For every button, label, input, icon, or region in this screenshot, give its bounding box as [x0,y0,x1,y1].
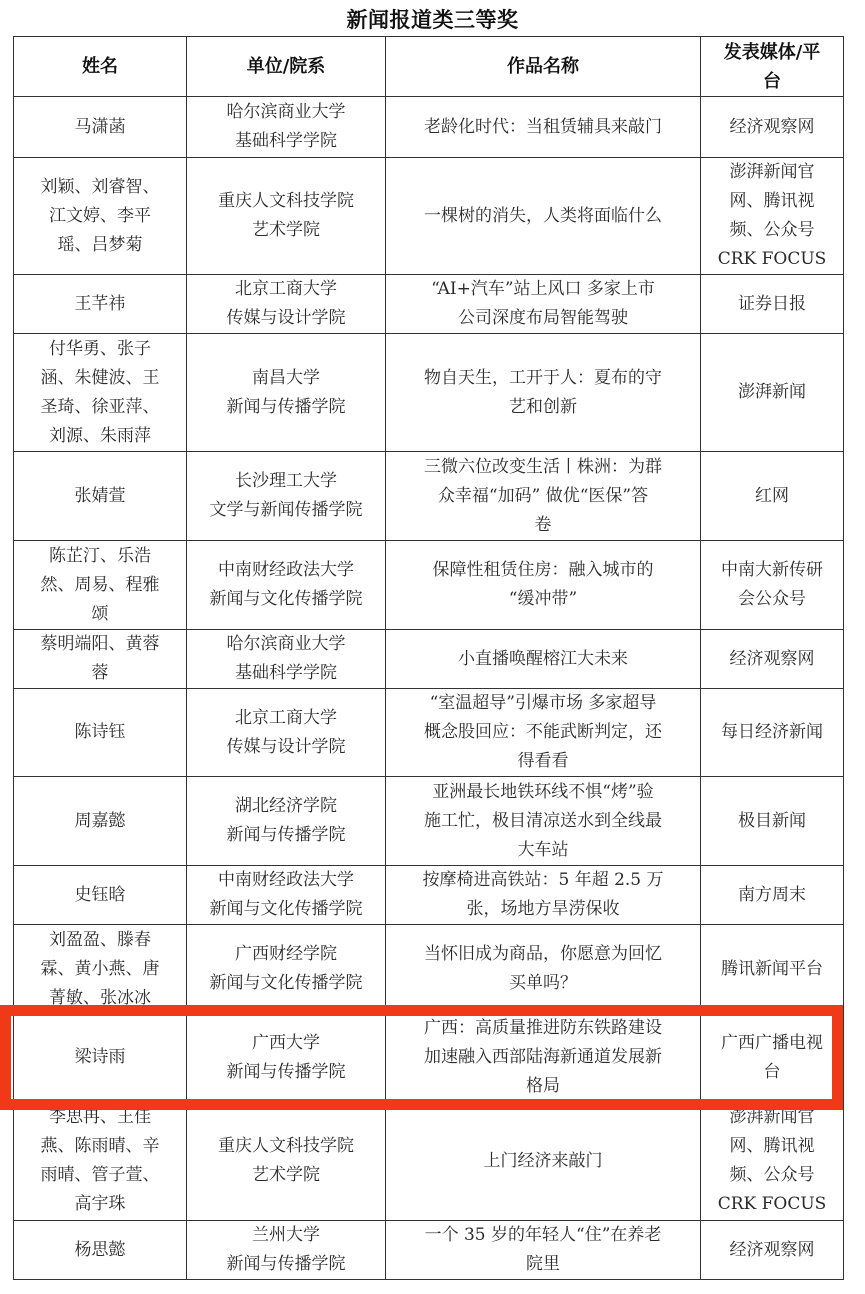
table-row: 蔡明端阳、黄蓉 蓉哈尔滨商业大学 基础科学学院小直播唤醒榕江大未来经济观察网 [14,630,844,689]
cell-unit-text: 广西财经学院 新闻与文化传播学院 [191,940,381,998]
cell-work-text: 上门经济来敲门 [390,1147,696,1176]
cell-name: 陈诗钰 [14,689,187,777]
cell-unit-text: 重庆人文科技学院 艺术学院 [191,1132,381,1190]
cell-media: 澎湃新闻 [701,334,844,452]
cell-unit-text: 哈尔滨商业大学 基础科学学院 [191,98,381,156]
cell-media-text: 腾讯新闻平台 [705,955,839,984]
cell-work-text: 一个 35 岁的年轻人“住”在养老 院里 [390,1221,696,1279]
cell-work: 广西：高质量推进防东铁路建设 加速融入西部陆海新通道发展新 格局 [386,1014,701,1102]
cell-media-text: 澎湃新闻官 网、腾讯视 频、公众号 CRK FOCUS [705,158,839,274]
cell-name-text: 陈诗钰 [18,718,182,747]
cell-media-text: 极目新闻 [705,807,839,836]
cell-work-text: 当怀旧成为商品，你愿意为回忆 买单吗？ [390,940,696,998]
cell-unit-text: 中南财经政法大学 新闻与文化传播学院 [191,866,381,924]
cell-unit: 哈尔滨商业大学 基础科学学院 [187,97,386,158]
cell-unit: 中南财经政法大学 新闻与文化传播学院 [187,541,386,630]
cell-name: 张婧萱 [14,452,187,541]
cell-media-text: 红网 [705,482,839,511]
cell-name-text: 梁诗雨 [18,1043,182,1072]
table-row: 王芊祎北京工商大学 传媒与设计学院“AI+汽车”站上风口 多家上市 公司深度布局… [14,275,844,334]
table-row: 张婧萱长沙理工大学 文学与新闻传播学院三微六位改变生活丨株洲：为群 众幸福“加码… [14,452,844,541]
cell-name-text: 李思冉、王佳 燕、陈雨晴、辛 雨晴、管子萱、 高宇珠 [18,1103,182,1219]
cell-unit-text: 湖北经济学院 新闻与传播学院 [191,792,381,850]
cell-work-text: 小直播唤醒榕江大未来 [390,645,696,674]
cell-media: 经济观察网 [701,1221,844,1280]
cell-work-text: 老龄化时代：当租赁辅具来敲门 [390,113,696,142]
cell-work-text: “AI+汽车”站上风口 多家上市 公司深度布局智能驾驶 [390,275,696,333]
table-body: 马潇菡哈尔滨商业大学 基础科学学院老龄化时代：当租赁辅具来敲门经济观察网刘颖、刘… [14,97,844,1280]
cell-name-text: 马潇菡 [18,113,182,142]
cell-name-text: 陈芷汀、乐浩 然、周易、程雅 颂 [18,542,182,629]
cell-name: 蔡明端阳、黄蓉 蓉 [14,630,187,689]
cell-media-text: 每日经济新闻 [705,718,839,747]
cell-work: 老龄化时代：当租赁辅具来敲门 [386,97,701,158]
column-header-name: 姓名 [14,37,187,97]
cell-name-text: 蔡明端阳、黄蓉 蓉 [18,630,182,688]
cell-media: 澎湃新闻官 网、腾讯视 频、公众号 CRK FOCUS [701,158,844,275]
table-row: 陈芷汀、乐浩 然、周易、程雅 颂中南财经政法大学 新闻与文化传播学院保障性租赁住… [14,541,844,630]
cell-media: 证券日报 [701,275,844,334]
cell-name: 王芊祎 [14,275,187,334]
cell-unit: 兰州大学 新闻与传播学院 [187,1221,386,1280]
cell-unit: 哈尔滨商业大学 基础科学学院 [187,630,386,689]
cell-name-text: 付华勇、张子 涵、朱健波、王 圣琦、徐亚萍、 刘源、朱雨萍 [18,335,182,451]
cell-name: 付华勇、张子 涵、朱健波、王 圣琦、徐亚萍、 刘源、朱雨萍 [14,334,187,452]
cell-media-text: 澎湃新闻 [705,378,839,407]
cell-work: 上门经济来敲门 [386,1102,701,1221]
cell-work: 按摩椅进高铁站：5 年超 2.5 万 张，场地方旱涝保收 [386,866,701,925]
awards-table: 姓名 单位/院系 作品名称 发表媒体/平台 马潇菡哈尔滨商业大学 基础科学学院老… [13,36,844,1280]
cell-work-text: 物自天生，工开于人：夏布的守 艺和创新 [390,364,696,422]
table-row: 杨思懿兰州大学 新闻与传播学院一个 35 岁的年轻人“住”在养老 院里经济观察网 [14,1221,844,1280]
table-row: 李思冉、王佳 燕、陈雨晴、辛 雨晴、管子萱、 高宇珠重庆人文科技学院 艺术学院上… [14,1102,844,1221]
cell-name: 李思冉、王佳 燕、陈雨晴、辛 雨晴、管子萱、 高宇珠 [14,1102,187,1221]
cell-name-text: 周嘉懿 [18,807,182,836]
cell-unit-text: 南昌大学 新闻与传播学院 [191,364,381,422]
column-header-unit: 单位/院系 [187,37,386,97]
cell-unit-text: 哈尔滨商业大学 基础科学学院 [191,630,381,688]
cell-name-text: 刘颖、刘睿智、 江文婷、李平 瑶、吕梦菊 [18,173,182,260]
table-row: 梁诗雨广西大学 新闻与传播学院广西：高质量推进防东铁路建设 加速融入西部陆海新通… [14,1014,844,1102]
cell-unit: 广西大学 新闻与传播学院 [187,1014,386,1102]
cell-media-text: 经济观察网 [705,1236,839,1265]
cell-unit-text: 北京工商大学 传媒与设计学院 [191,704,381,762]
cell-unit: 广西财经学院 新闻与文化传播学院 [187,925,386,1014]
cell-work: 物自天生，工开于人：夏布的守 艺和创新 [386,334,701,452]
cell-name-text: 刘盈盈、滕春 霖、黄小燕、唐 菁敏、张冰冰 [18,926,182,1013]
cell-work-text: 三微六位改变生活丨株洲：为群 众幸福“加码” 做优“医保”答 卷 [390,453,696,540]
cell-work-text: 保障性租赁住房：融入城市的 “缓冲带” [390,556,696,614]
cell-media-text: 经济观察网 [705,113,839,142]
table-row: 刘盈盈、滕春 霖、黄小燕、唐 菁敏、张冰冰广西财经学院 新闻与文化传播学院当怀旧… [14,925,844,1014]
table-row: 周嘉懿湖北经济学院 新闻与传播学院亚洲最长地铁环线不惧“烤”验 施工忙，极目清凉… [14,777,844,866]
cell-work-text: “室温超导”引爆市场 多家超导 概念股回应：不能武断判定，还 得看看 [390,689,696,776]
cell-name: 刘盈盈、滕春 霖、黄小燕、唐 菁敏、张冰冰 [14,925,187,1014]
cell-unit: 长沙理工大学 文学与新闻传播学院 [187,452,386,541]
cell-name: 梁诗雨 [14,1014,187,1102]
cell-media-text: 澎湃新闻官 网、腾讯视 频、公众号 CRK FOCUS [705,1103,839,1219]
cell-unit-text: 北京工商大学 传媒与设计学院 [191,275,381,333]
cell-media: 南方周末 [701,866,844,925]
cell-work: “AI+汽车”站上风口 多家上市 公司深度布局智能驾驶 [386,275,701,334]
cell-work: 当怀旧成为商品，你愿意为回忆 买单吗？ [386,925,701,1014]
cell-name: 史钰晗 [14,866,187,925]
cell-work: 三微六位改变生活丨株洲：为群 众幸福“加码” 做优“医保”答 卷 [386,452,701,541]
cell-media-text: 证券日报 [705,290,839,319]
table-row: 付华勇、张子 涵、朱健波、王 圣琦、徐亚萍、 刘源、朱雨萍南昌大学 新闻与传播学… [14,334,844,452]
cell-unit: 中南财经政法大学 新闻与文化传播学院 [187,866,386,925]
cell-unit: 重庆人文科技学院 艺术学院 [187,158,386,275]
cell-media: 中南大新传研 会公众号 [701,541,844,630]
cell-unit-text: 重庆人文科技学院 艺术学院 [191,187,381,245]
cell-media: 红网 [701,452,844,541]
cell-media: 每日经济新闻 [701,689,844,777]
cell-unit: 北京工商大学 传媒与设计学院 [187,689,386,777]
cell-name: 马潇菡 [14,97,187,158]
cell-name-text: 杨思懿 [18,1236,182,1265]
cell-unit-text: 兰州大学 新闻与传播学院 [191,1221,381,1279]
cell-unit: 南昌大学 新闻与传播学院 [187,334,386,452]
cell-work: 一棵树的消失，人类将面临什么 [386,158,701,275]
cell-media: 极目新闻 [701,777,844,866]
cell-unit: 重庆人文科技学院 艺术学院 [187,1102,386,1221]
table-row: 史钰晗中南财经政法大学 新闻与文化传播学院按摩椅进高铁站：5 年超 2.5 万 … [14,866,844,925]
cell-work-text: 亚洲最长地铁环线不惧“烤”验 施工忙，极目清凉送水到全线最 大车站 [390,778,696,865]
cell-name-text: 史钰晗 [18,881,182,910]
cell-work: 保障性租赁住房：融入城市的 “缓冲带” [386,541,701,630]
cell-name: 周嘉懿 [14,777,187,866]
cell-name-text: 张婧萱 [18,482,182,511]
cell-media: 腾讯新闻平台 [701,925,844,1014]
column-header-media: 发表媒体/平台 [701,37,844,97]
cell-name: 陈芷汀、乐浩 然、周易、程雅 颂 [14,541,187,630]
cell-name: 刘颖、刘睿智、 江文婷、李平 瑶、吕梦菊 [14,158,187,275]
cell-media-text: 南方周末 [705,881,839,910]
cell-unit-text: 中南财经政法大学 新闻与文化传播学院 [191,556,381,614]
cell-work-text: 按摩椅进高铁站：5 年超 2.5 万 张，场地方旱涝保收 [390,866,696,924]
cell-media: 广西广播电视 台 [701,1014,844,1102]
cell-work-text: 广西：高质量推进防东铁路建设 加速融入西部陆海新通道发展新 格局 [390,1014,696,1101]
cell-media: 经济观察网 [701,97,844,158]
cell-work-text: 一棵树的消失，人类将面临什么 [390,202,696,231]
cell-unit-text: 广西大学 新闻与传播学院 [191,1029,381,1087]
table-header-row: 姓名 单位/院系 作品名称 发表媒体/平台 [14,37,844,97]
cell-media-text: 经济观察网 [705,645,839,674]
cell-media-text: 广西广播电视 台 [705,1029,839,1087]
cell-work: 小直播唤醒榕江大未来 [386,630,701,689]
column-header-work: 作品名称 [386,37,701,97]
table-row: 刘颖、刘睿智、 江文婷、李平 瑶、吕梦菊重庆人文科技学院 艺术学院一棵树的消失，… [14,158,844,275]
page-title: 新闻报道类三等奖 [0,4,865,34]
cell-media-text: 中南大新传研 会公众号 [705,556,839,614]
table-row: 马潇菡哈尔滨商业大学 基础科学学院老龄化时代：当租赁辅具来敲门经济观察网 [14,97,844,158]
cell-media: 澎湃新闻官 网、腾讯视 频、公众号 CRK FOCUS [701,1102,844,1221]
cell-name-text: 王芊祎 [18,290,182,319]
cell-work: 亚洲最长地铁环线不惧“烤”验 施工忙，极目清凉送水到全线最 大车站 [386,777,701,866]
cell-media: 经济观察网 [701,630,844,689]
cell-unit: 北京工商大学 传媒与设计学院 [187,275,386,334]
cell-unit: 湖北经济学院 新闻与传播学院 [187,777,386,866]
cell-name: 杨思懿 [14,1221,187,1280]
table-row: 陈诗钰北京工商大学 传媒与设计学院“室温超导”引爆市场 多家超导 概念股回应：不… [14,689,844,777]
cell-work: 一个 35 岁的年轻人“住”在养老 院里 [386,1221,701,1280]
cell-unit-text: 长沙理工大学 文学与新闻传播学院 [191,467,381,525]
cell-work: “室温超导”引爆市场 多家超导 概念股回应：不能武断判定，还 得看看 [386,689,701,777]
